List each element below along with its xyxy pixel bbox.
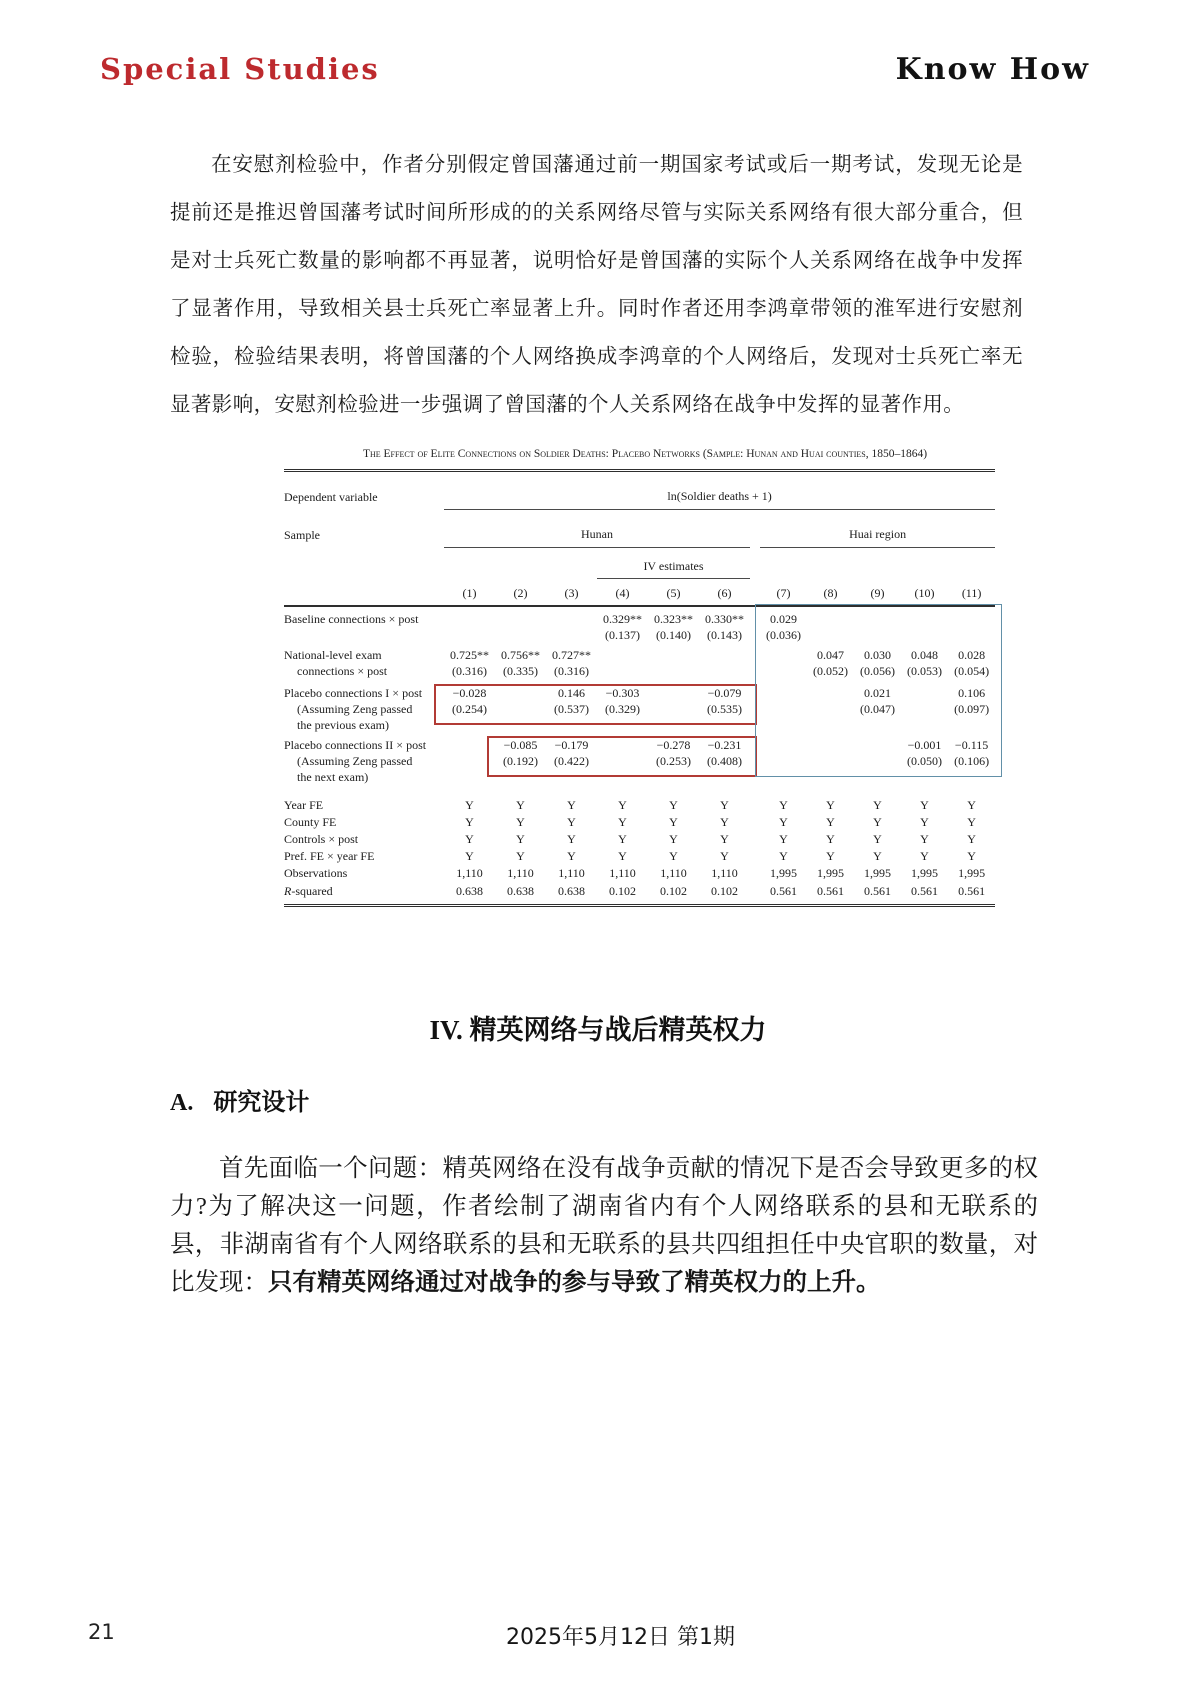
fe-cell: Y xyxy=(760,831,807,848)
coefficient-cell: −0.179(0.422) xyxy=(546,737,597,787)
gap-cell xyxy=(750,865,760,883)
row-label: Placebo connections I × post(Assuming Ze… xyxy=(284,685,444,737)
coefficient-cell: 0.146(0.537) xyxy=(546,685,597,737)
column-number: (8) xyxy=(807,579,854,607)
coefficient-cell xyxy=(901,606,948,647)
section-heading: IV. 精英网络与战后精英权力 xyxy=(170,1008,1026,1047)
coefficient-cell: −0.085(0.192) xyxy=(495,737,546,787)
column-number: (2) xyxy=(495,579,546,607)
stat-cell: 0.102 xyxy=(597,883,648,906)
fe-cell: Y xyxy=(807,814,854,831)
table-row: Pref. FE × year FEYYYYYYYYYYY xyxy=(284,848,995,865)
coefficient-cell: 0.330**(0.143) xyxy=(699,606,750,647)
coefficient-cell: −0.278(0.253) xyxy=(648,737,699,787)
regression-table-figure: The Effect of Elite Connections on Soldi… xyxy=(284,448,1006,907)
row-label: Controls × post xyxy=(284,831,444,848)
dependent-variable-row: Dependent variable ln(Soldier deaths + 1… xyxy=(284,471,995,510)
fe-cell: Y xyxy=(807,787,854,814)
fe-cell: Y xyxy=(699,831,750,848)
fe-cell: Y xyxy=(597,787,648,814)
iv-estimates-label: IV estimates xyxy=(597,548,750,579)
gap-cell xyxy=(750,548,760,579)
stat-cell: 1,995 xyxy=(948,865,995,883)
stat-cell: 1,110 xyxy=(597,865,648,883)
fe-cell: Y xyxy=(854,814,901,831)
fe-cell: Y xyxy=(444,848,495,865)
stat-cell: 1,995 xyxy=(854,865,901,883)
table-row: Year FEYYYYYYYYYYY xyxy=(284,787,995,814)
coefficient-cell: 0.323**(0.140) xyxy=(648,606,699,647)
coefficient-cell: 0.725**(0.316) xyxy=(444,647,495,685)
column-number: (11) xyxy=(948,579,995,607)
fe-cell: Y xyxy=(648,814,699,831)
dependent-variable-value: ln(Soldier deaths + 1) xyxy=(444,471,995,510)
coefficient-cell: 0.106(0.097) xyxy=(948,685,995,737)
column-number: (3) xyxy=(546,579,597,607)
gap-cell xyxy=(750,787,760,814)
coefficient-cell xyxy=(495,606,546,647)
issue-date: 2025年5月12日 第1期 xyxy=(25,1620,1191,1651)
coefficient-cell: −0.001(0.050) xyxy=(901,737,948,787)
table-row: Baseline connections × post0.329**(0.137… xyxy=(284,606,995,647)
column-number: (4) xyxy=(597,579,648,607)
gap-cell xyxy=(750,606,760,647)
table-row: Controls × postYYYYYYYYYYY xyxy=(284,831,995,848)
row-label: Year FE xyxy=(284,787,444,814)
coefficient-cell: 0.048(0.053) xyxy=(901,647,948,685)
stat-cell: 0.638 xyxy=(444,883,495,906)
fe-cell: Y xyxy=(699,787,750,814)
stat-cell: 0.561 xyxy=(854,883,901,906)
fe-cell: Y xyxy=(854,831,901,848)
coefficient-cell xyxy=(648,647,699,685)
empty-cell xyxy=(444,548,597,579)
fe-cell: Y xyxy=(546,831,597,848)
fe-cell: Y xyxy=(901,848,948,865)
fe-cell: Y xyxy=(648,787,699,814)
fe-cell: Y xyxy=(495,814,546,831)
fe-cell: Y xyxy=(948,814,995,831)
fe-cell: Y xyxy=(854,787,901,814)
gap-cell xyxy=(750,685,760,737)
column-number: (9) xyxy=(854,579,901,607)
gap-cell xyxy=(750,848,760,865)
paragraph-placebo-test: 在安慰剂检验中，作者分别假定曾国藩通过前一期国家考试或后一期考试，发现无论是提前… xyxy=(170,141,1023,429)
row-label: Observations xyxy=(284,865,444,883)
paragraph-bold-conclusion: 只有精英网络通过对战争的参与导致了精英权力的上升。 xyxy=(268,1269,881,1296)
fe-cell: Y xyxy=(901,831,948,848)
fe-cell: Y xyxy=(444,787,495,814)
fe-cell: Y xyxy=(948,831,995,848)
stat-cell: 0.561 xyxy=(760,883,807,906)
table-row: National-level examconnections × post0.7… xyxy=(284,647,995,685)
stat-cell: 1,995 xyxy=(760,865,807,883)
gap-cell xyxy=(750,883,760,906)
row-label: Pref. FE × year FE xyxy=(284,848,444,865)
fe-cell: Y xyxy=(948,787,995,814)
stat-cell: 0.638 xyxy=(495,883,546,906)
stat-cell: 1,110 xyxy=(699,865,750,883)
coefficient-cell xyxy=(597,647,648,685)
coefficient-cell xyxy=(648,685,699,737)
fe-cell: Y xyxy=(648,848,699,865)
subsection-letter: A. xyxy=(170,1090,193,1116)
coefficient-cell xyxy=(444,737,495,787)
coefficient-cell: 0.756**(0.335) xyxy=(495,647,546,685)
stat-cell: 1,110 xyxy=(495,865,546,883)
coefficient-cell: 0.021(0.047) xyxy=(854,685,901,737)
empty-cell xyxy=(284,548,444,579)
coefficient-cell: −0.231(0.408) xyxy=(699,737,750,787)
column-number: (6) xyxy=(699,579,750,607)
gap-cell xyxy=(750,831,760,848)
column-number: (10) xyxy=(901,579,948,607)
coefficient-cell xyxy=(807,606,854,647)
coefficient-cell xyxy=(807,737,854,787)
coefficient-cell xyxy=(948,606,995,647)
fe-cell: Y xyxy=(495,831,546,848)
row-label: Placebo connections II × post(Assuming Z… xyxy=(284,737,444,787)
fe-cell: Y xyxy=(699,814,750,831)
table-title: The Effect of Elite Connections on Soldi… xyxy=(284,448,1006,460)
header-brand: Know How xyxy=(896,52,1090,87)
coefficient-cell xyxy=(760,647,807,685)
paragraph-research-design: 首先面临一个问题：精英网络在没有战争贡献的情况下是否会导致更多的权力?为了解决这… xyxy=(170,1150,1038,1302)
coefficient-cell xyxy=(807,685,854,737)
stat-cell: 1,995 xyxy=(901,865,948,883)
coefficient-cell: −0.028(0.254) xyxy=(444,685,495,737)
coefficient-cell: 0.028(0.054) xyxy=(948,647,995,685)
subsection-heading: A.研究设计 xyxy=(170,1082,309,1117)
fe-cell: Y xyxy=(901,787,948,814)
column-number: (5) xyxy=(648,579,699,607)
coefficient-cell xyxy=(597,737,648,787)
coefficient-cell: −0.303(0.329) xyxy=(597,685,648,737)
coefficient-cell: 0.727**(0.316) xyxy=(546,647,597,685)
gap-cell xyxy=(750,737,760,787)
coefficient-cell xyxy=(546,606,597,647)
stat-cell: 0.561 xyxy=(807,883,854,906)
subsection-title: 研究设计 xyxy=(213,1090,309,1116)
header-section-label: Special Studies xyxy=(100,52,380,86)
column-number: (1) xyxy=(444,579,495,607)
coefficient-cell: −0.115(0.106) xyxy=(948,737,995,787)
coefficient-cell: 0.047(0.052) xyxy=(807,647,854,685)
fe-cell: Y xyxy=(495,848,546,865)
gap-cell xyxy=(750,579,760,607)
coefficient-cell xyxy=(444,606,495,647)
table-row: Observations1,1101,1101,1101,1101,1101,1… xyxy=(284,865,995,883)
coefficient-cell: −0.079(0.535) xyxy=(699,685,750,737)
fe-cell: Y xyxy=(444,831,495,848)
coefficient-cell: 0.029(0.036) xyxy=(760,606,807,647)
fe-cell: Y xyxy=(854,848,901,865)
coefficient-cell xyxy=(901,685,948,737)
fe-cell: Y xyxy=(760,848,807,865)
fe-cell: Y xyxy=(597,831,648,848)
fe-cell: Y xyxy=(948,848,995,865)
stat-cell: 0.638 xyxy=(546,883,597,906)
coefficient-cell xyxy=(760,737,807,787)
row-label: County FE xyxy=(284,814,444,831)
row-label: Baseline connections × post xyxy=(284,606,444,647)
fe-cell: Y xyxy=(760,814,807,831)
coefficient-cell xyxy=(495,685,546,737)
sample-row: Sample Hunan Huai region xyxy=(284,510,995,548)
column-number: (7) xyxy=(760,579,807,607)
dependent-variable-label: Dependent variable xyxy=(284,471,444,510)
sample-hunan-label: Hunan xyxy=(444,510,750,548)
row-label: National-level examconnections × post xyxy=(284,647,444,685)
fe-cell: Y xyxy=(901,814,948,831)
stat-cell: 0.102 xyxy=(699,883,750,906)
gap-cell xyxy=(750,814,760,831)
column-numbers-row: (1)(2)(3)(4)(5)(6)(7)(8)(9)(10)(11) xyxy=(284,579,995,607)
stat-cell: 1,110 xyxy=(546,865,597,883)
fe-cell: Y xyxy=(807,848,854,865)
fe-cell: Y xyxy=(546,814,597,831)
stat-cell: 0.561 xyxy=(948,883,995,906)
fe-cell: Y xyxy=(546,787,597,814)
fe-cell: Y xyxy=(495,787,546,814)
table-row: Placebo connections I × post(Assuming Ze… xyxy=(284,685,995,737)
table-header: Dependent variable ln(Soldier deaths + 1… xyxy=(284,471,995,607)
page-header: Special Studies Know How xyxy=(100,52,1090,87)
table-body: Baseline connections × post0.329**(0.137… xyxy=(284,606,995,906)
empty-cell xyxy=(760,548,995,579)
gap-cell xyxy=(750,510,760,548)
fe-cell: Y xyxy=(546,848,597,865)
coefficient-cell: 0.030(0.056) xyxy=(854,647,901,685)
row-label: R-squared xyxy=(284,883,444,906)
fe-cell: Y xyxy=(807,831,854,848)
stat-cell: 1,110 xyxy=(444,865,495,883)
fe-cell: Y xyxy=(699,848,750,865)
table-row: County FEYYYYYYYYYYY xyxy=(284,814,995,831)
stat-cell: 1,995 xyxy=(807,865,854,883)
sample-huai-label: Huai region xyxy=(760,510,995,548)
coefficient-cell xyxy=(760,685,807,737)
coefficient-cell xyxy=(854,606,901,647)
table-row: Placebo connections II × post(Assuming Z… xyxy=(284,737,995,787)
sample-label: Sample xyxy=(284,510,444,548)
document-page: Special Studies Know How 在安慰剂检验中，作者分别假定曾… xyxy=(0,0,1191,1685)
fe-cell: Y xyxy=(597,814,648,831)
iv-estimates-row: IV estimates xyxy=(284,548,995,579)
coefficient-cell: 0.329**(0.137) xyxy=(597,606,648,647)
regression-table: Dependent variable ln(Soldier deaths + 1… xyxy=(284,469,995,907)
stat-cell: 1,110 xyxy=(648,865,699,883)
stat-cell: 0.102 xyxy=(648,883,699,906)
fe-cell: Y xyxy=(760,787,807,814)
gap-cell xyxy=(750,647,760,685)
fe-cell: Y xyxy=(597,848,648,865)
empty-cell xyxy=(284,579,444,607)
fe-cell: Y xyxy=(648,831,699,848)
coefficient-cell xyxy=(699,647,750,685)
fe-cell: Y xyxy=(444,814,495,831)
table-row: R-squared0.6380.6380.6380.1020.1020.1020… xyxy=(284,883,995,906)
stat-cell: 0.561 xyxy=(901,883,948,906)
coefficient-cell xyxy=(854,737,901,787)
